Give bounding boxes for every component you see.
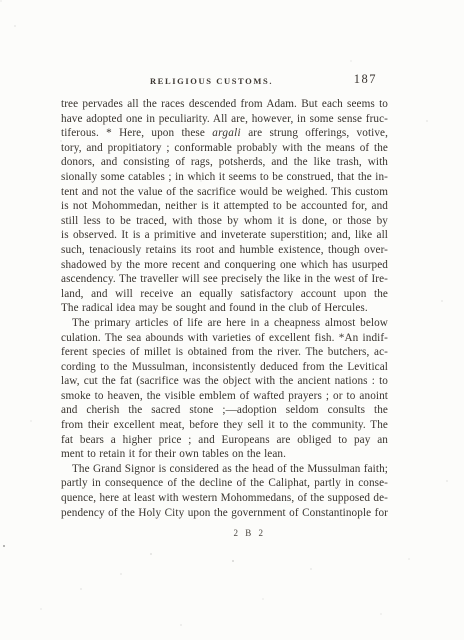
text-line: The Grand Signor is considered as the he…: [61, 462, 388, 477]
text-line: ferent species of millet is obtained fro…: [61, 345, 388, 360]
text-line: ascendency. The traveller will see preci…: [61, 272, 388, 287]
text-line: and cherish the sacred stone ;—adoption …: [61, 403, 388, 418]
text-line: shadowed by the more recent and conqueri…: [61, 258, 388, 273]
text-line: still less to be traced, with those by w…: [61, 214, 388, 229]
text-block: tree pervades all the races descended fr…: [61, 97, 388, 520]
text-line: The primary articles of life are here in…: [61, 316, 388, 331]
scanned-book-page: RELIGIOUS CUSTOMS. 187 tree pervades all…: [0, 0, 464, 640]
text-line: such, tenaciously retains its root and h…: [61, 243, 388, 258]
page-content: RELIGIOUS CUSTOMS. 187 tree pervades all…: [61, 76, 388, 538]
text-line: tiferous. * Here, upon these argali are …: [61, 126, 388, 141]
text-line: is not Mohommedan, neither is it attempt…: [61, 199, 388, 214]
paragraph: The Grand Signor is considered as the he…: [61, 462, 388, 520]
text-line: tory, and propitiatory ; conformable pro…: [61, 141, 388, 156]
text-line: ment to retain it for their own tables o…: [61, 447, 388, 462]
text-line: is observed. It is a primitive and invet…: [61, 228, 388, 243]
text-line: from their excellent meat, before they s…: [61, 418, 388, 433]
text-line: fat bears a higher price ; and Europeans…: [61, 433, 388, 448]
page-number: 187: [354, 72, 377, 87]
text-line: tent and not the value of the sacrifice …: [61, 185, 388, 200]
page-header: RELIGIOUS CUSTOMS. 187: [61, 76, 388, 89]
text-line: smoke to heaven, the visible emblem of w…: [61, 389, 388, 404]
text-line: partly in consequence of the decline of …: [61, 476, 388, 491]
text-line: law, cut the fat (sacrifice was the obje…: [61, 374, 388, 389]
text-line: sionally some catables ; in which it see…: [61, 170, 388, 185]
paragraph: tree pervades all the races descended fr…: [61, 97, 388, 316]
text-line: tree pervades all the races descended fr…: [61, 97, 388, 112]
text-line: cording to the Mussulman, inconsistently…: [61, 360, 388, 375]
paragraph: The primary articles of life are here in…: [61, 316, 388, 462]
signature-mark: 2 B 2: [61, 528, 388, 538]
text-line: land, and will receive an equally satisf…: [61, 287, 388, 302]
text-line: pendency of the Holy City upon the gover…: [61, 506, 388, 521]
running-title: RELIGIOUS CUSTOMS.: [61, 76, 388, 86]
text-line: have adopted one in peculiarity. All are…: [61, 112, 388, 127]
scan-noise-specks: [0, 0, 2, 2]
text-line: quence, here at least with western Mohom…: [61, 491, 388, 506]
text-line: The radical idea may be sought and found…: [61, 301, 388, 316]
text-line: culation. The sea abounds with varieties…: [61, 331, 388, 346]
text-line: donors, and consisting of rags, potsherd…: [61, 155, 388, 170]
